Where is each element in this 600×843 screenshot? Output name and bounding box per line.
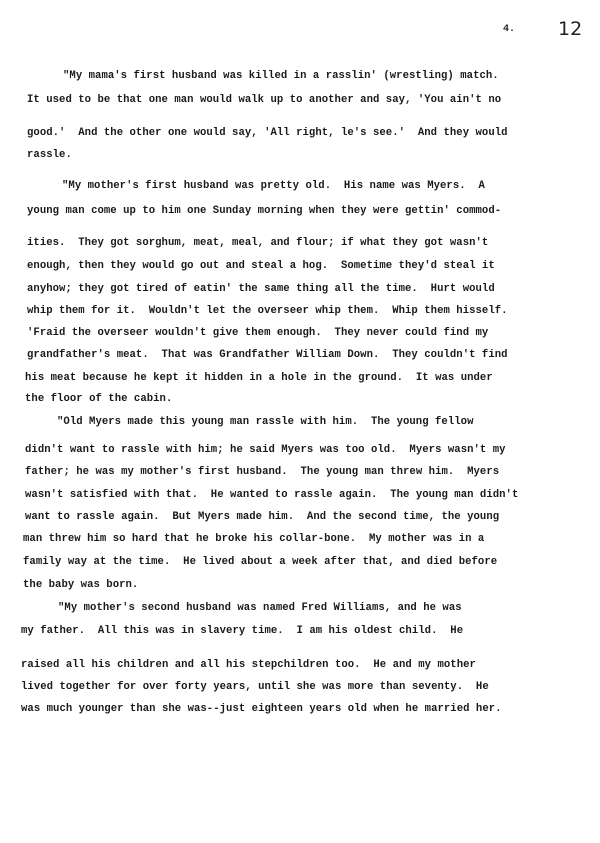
text-line: want to rassle again. But Myers made him… (25, 511, 499, 523)
text-line: my father. All this was in slavery time.… (21, 625, 463, 637)
text-line: the floor of the cabin. (25, 393, 172, 405)
section-mark: 4. (503, 24, 515, 35)
text-line: enough, then they would go out and steal… (27, 260, 495, 272)
text-line: It used to be that one man would walk up… (27, 94, 501, 106)
text-line: family way at the time. He lived about a… (23, 556, 497, 568)
text-line: wasn't satisfied with that. He wanted to… (25, 489, 518, 501)
text-line: "Old Myers made this young man rassle wi… (57, 416, 473, 428)
text-line: 'Fraid the overseer wouldn't give them e… (27, 327, 488, 339)
text-line: man threw him so hard that he broke his … (23, 533, 484, 545)
text-line: good.' And the other one would say, 'All… (27, 127, 508, 139)
text-line: raised all his children and all his step… (21, 659, 476, 671)
text-line: rassle. (27, 149, 72, 161)
document-page: 4. 12 "My mama's first husband was kille… (0, 0, 600, 843)
text-line: his meat because he kept it hidden in a … (25, 372, 493, 384)
text-line: was much younger than she was--just eigh… (21, 703, 502, 715)
text-line: "My mother's first husband was pretty ol… (62, 180, 485, 192)
text-line: grandfather's meat. That was Grandfather… (27, 349, 508, 361)
text-line: the baby was born. (23, 579, 138, 591)
text-line: didn't want to rassle with him; he said … (25, 444, 506, 456)
text-line: young man come up to him one Sunday morn… (27, 205, 501, 217)
text-line: anyhow; they got tired of eatin' the sam… (27, 283, 495, 295)
text-line: "My mother's second husband was named Fr… (58, 602, 462, 614)
text-line: lived together for over forty years, unt… (21, 681, 489, 693)
text-line: father; he was my mother's first husband… (25, 466, 499, 478)
page-number: 12 (558, 18, 582, 40)
text-line: ities. They got sorghum, meat, meal, and… (27, 237, 488, 249)
text-line: "My mama's first husband was killed in a… (63, 70, 499, 82)
text-line: whip them for it. Wouldn't let the overs… (27, 305, 508, 317)
